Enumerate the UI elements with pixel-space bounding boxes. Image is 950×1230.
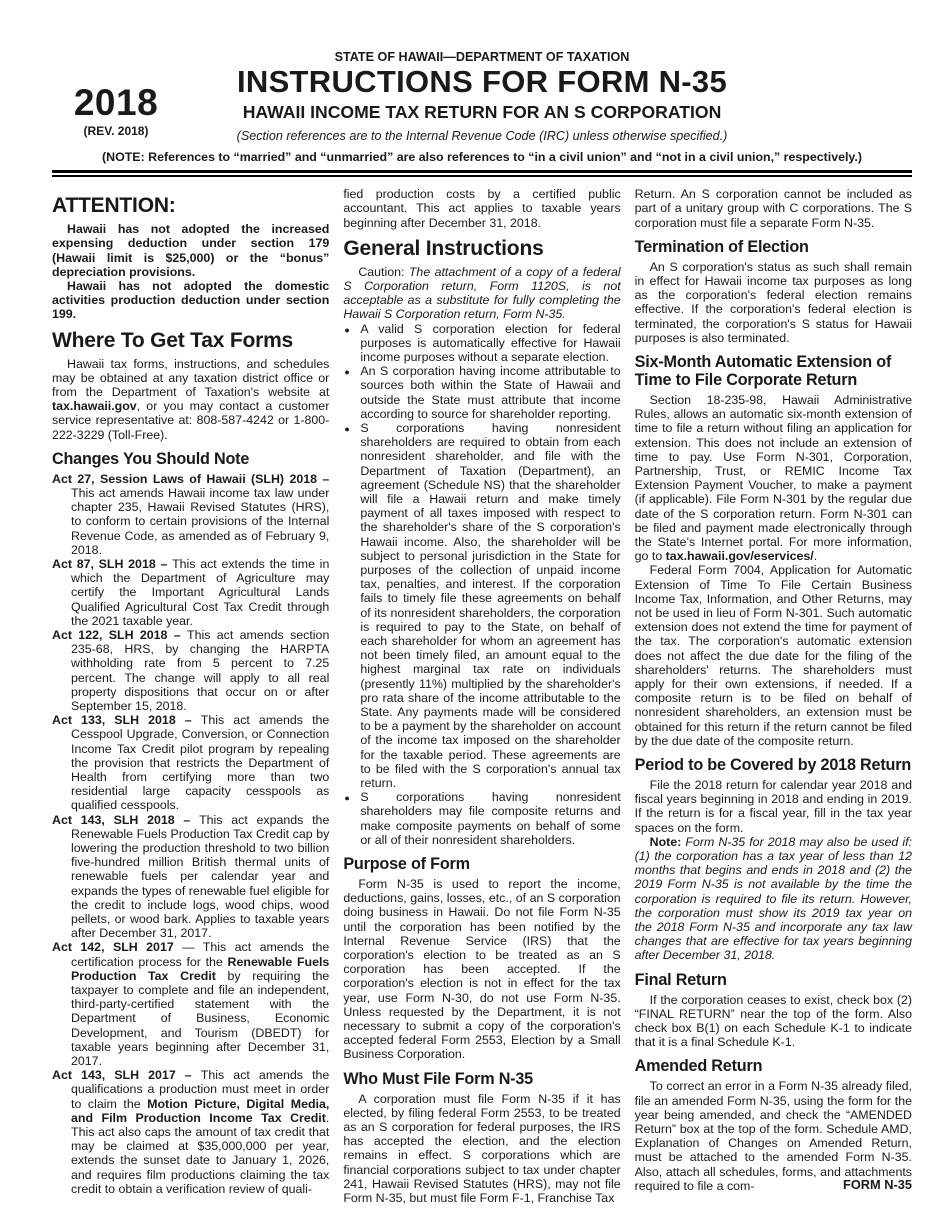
text-segment: Act 143, SLH 2018 – [52, 813, 199, 827]
text-segment: Act 142, SLH 2017 [52, 940, 174, 954]
paragraph: Federal Form 7004, Application for Autom… [635, 563, 912, 748]
bullet-item: ●A valid S corporation election for fede… [343, 322, 620, 365]
revision-label: (REV. 2018) [66, 124, 166, 138]
section-heading: Who Must File Form N-35 [343, 1070, 620, 1088]
text-segment: S corporations having nonresident shareh… [360, 421, 620, 790]
text-segment: Caution: [358, 265, 409, 279]
column-1: ATTENTION:Hawaii has not adopted the inc… [52, 187, 329, 1205]
text-segment: Note: [650, 835, 686, 849]
text-segment: This act amends the Cesspool Upgrade, Co… [71, 713, 329, 812]
paragraph: Hawaii tax forms, instructions, and sche… [52, 357, 329, 442]
content-columns: ATTENTION:Hawaii has not adopted the inc… [52, 187, 912, 1205]
bullet-icon: ● [344, 791, 349, 805]
text-segment: This act expands the Renewable Fuels Pro… [71, 813, 329, 941]
section-heading: Where To Get Tax Forms [52, 329, 329, 352]
text-segment: Act 122, SLH 2018 – [52, 628, 187, 642]
text-segment: Act 143, SLH 2017 – [52, 1068, 201, 1082]
page-footer: FORM N-35 [843, 1177, 912, 1192]
text-segment: by requiring the taxpayer to complete an… [71, 969, 329, 1068]
paragraph: Note: Form N-35 for 2018 may also be use… [635, 835, 912, 963]
text-segment: tax.hawaii.gov/eservices/ [666, 549, 814, 563]
section-heading: Termination of Election [635, 238, 912, 256]
paragraph: An S corporation's status as such shall … [635, 260, 912, 345]
continuation-paragraph: fied production costs by a certified pub… [343, 187, 620, 230]
section-heading: Final Return [635, 971, 912, 989]
paragraph: File the 2018 return for calendar year 2… [635, 778, 912, 835]
act-item: Act 122, SLH 2018 – This act amends sect… [52, 628, 329, 713]
section-heading: General Instructions [343, 237, 620, 260]
bullet-icon: ● [344, 365, 349, 379]
paragraph: Section 18-235-98, Hawaii Administrative… [635, 393, 912, 563]
form-title: INSTRUCTIONS FOR FORM N-35 [52, 65, 912, 99]
act-item: Act 142, SLH 2017 — This act amends the … [52, 940, 329, 1068]
header-center: STATE OF HAWAII—DEPARTMENT OF TAXATION I… [52, 50, 912, 164]
text-segment: Hawaii has not adopted the domestic acti… [52, 279, 329, 321]
column-2: fied production costs by a certified pub… [343, 187, 620, 1205]
section-heading: Changes You Should Note [52, 450, 329, 468]
paragraph: Hawaii has not adopted the increased exp… [52, 222, 329, 279]
agency-line: STATE OF HAWAII—DEPARTMENT OF TAXATION [52, 50, 912, 64]
column-3: Return. An S corporation cannot be inclu… [635, 187, 912, 1205]
text-segment: tax.hawaii.gov [52, 399, 137, 413]
text-segment: . [814, 549, 817, 563]
paragraph: If the corporation ceases to exist, chec… [635, 993, 912, 1050]
footer-form-label: FORM N-35 [843, 1177, 912, 1192]
text-segment: File the 2018 return for calendar year 2… [635, 778, 912, 835]
section-reference-note: (Section references are to the Internal … [52, 129, 912, 143]
civil-union-note: (NOTE: References to “married” and “unma… [52, 150, 912, 164]
section-heading: Six-Month Automatic Extension of Time to… [635, 353, 912, 389]
text-segment: fied production costs by a certified pub… [343, 187, 620, 229]
act-item: Act 87, SLH 2018 – This act extends the … [52, 557, 329, 628]
paragraph: Caution: The attachment of a copy of a f… [343, 265, 620, 322]
paragraph: A corporation must file Form N-35 if it … [343, 1092, 620, 1206]
text-segment: Form N-35 for 2018 may also be used if: … [635, 835, 912, 963]
act-item: Act 133, SLH 2018 – This act amends the … [52, 713, 329, 812]
text-segment: An S corporation's status as such shall … [635, 260, 912, 345]
tax-year: 2018 [66, 84, 166, 121]
text-segment: If the corporation ceases to exist, chec… [635, 993, 912, 1050]
act-item: Act 143, SLH 2017 – This act amends the … [52, 1068, 329, 1196]
paragraph: Hawaii has not adopted the domestic acti… [52, 279, 329, 322]
text-segment: Act 87, SLH 2018 – [52, 557, 172, 571]
act-item: Act 143, SLH 2018 – This act expands the… [52, 813, 329, 941]
text-segment: Act 133, SLH 2018 – [52, 713, 201, 727]
text-segment: An S corporation having income attributa… [360, 364, 620, 421]
document-page: 2018 (REV. 2018) STATE OF HAWAII—DEPARTM… [0, 0, 950, 1230]
document-header: 2018 (REV. 2018) STATE OF HAWAII—DEPARTM… [52, 50, 912, 164]
section-heading: Amended Return [635, 1057, 912, 1075]
section-heading: Purpose of Form [343, 855, 620, 873]
text-segment: S corporations having nonresident shareh… [360, 790, 620, 847]
text-segment: Hawaii has not adopted the increased exp… [52, 222, 329, 279]
bullet-item: ●An S corporation having income attribut… [343, 364, 620, 421]
text-segment: Return. An S corporation cannot be inclu… [635, 187, 912, 229]
text-segment: Form N-35 is used to report the income, … [343, 877, 620, 1061]
bullet-item: ●S corporations having nonresident share… [343, 790, 620, 847]
text-segment: Hawaii tax forms, instructions, and sche… [52, 357, 329, 399]
paragraph: Form N-35 is used to report the income, … [343, 877, 620, 1062]
text-segment: A valid S corporation election for feder… [360, 322, 620, 364]
text-segment: Act 27, Session Laws of Hawaii (SLH) 201… [52, 472, 329, 486]
bullet-item: ●S corporations having nonresident share… [343, 421, 620, 790]
section-heading: ATTENTION: [52, 194, 329, 217]
bullet-icon: ● [344, 323, 349, 337]
text-segment: To correct an error in a Form N-35 alrea… [635, 1079, 912, 1192]
text-segment: A corporation must file Form N-35 if it … [343, 1092, 620, 1205]
year-block: 2018 (REV. 2018) [66, 84, 166, 138]
continuation-paragraph: Return. An S corporation cannot be inclu… [635, 187, 912, 230]
act-item: Act 27, Session Laws of Hawaii (SLH) 201… [52, 472, 329, 557]
header-rule [52, 170, 912, 177]
text-segment: Section 18-235-98, Hawaii Administrative… [635, 393, 912, 563]
text-segment: This act amends Hawaii income tax law un… [71, 486, 329, 557]
text-segment: Federal Form 7004, Application for Autom… [635, 563, 912, 747]
bullet-icon: ● [344, 422, 349, 436]
form-subtitle: HAWAII INCOME TAX RETURN FOR AN S CORPOR… [52, 102, 912, 123]
section-heading: Period to be Covered by 2018 Return [635, 756, 912, 774]
